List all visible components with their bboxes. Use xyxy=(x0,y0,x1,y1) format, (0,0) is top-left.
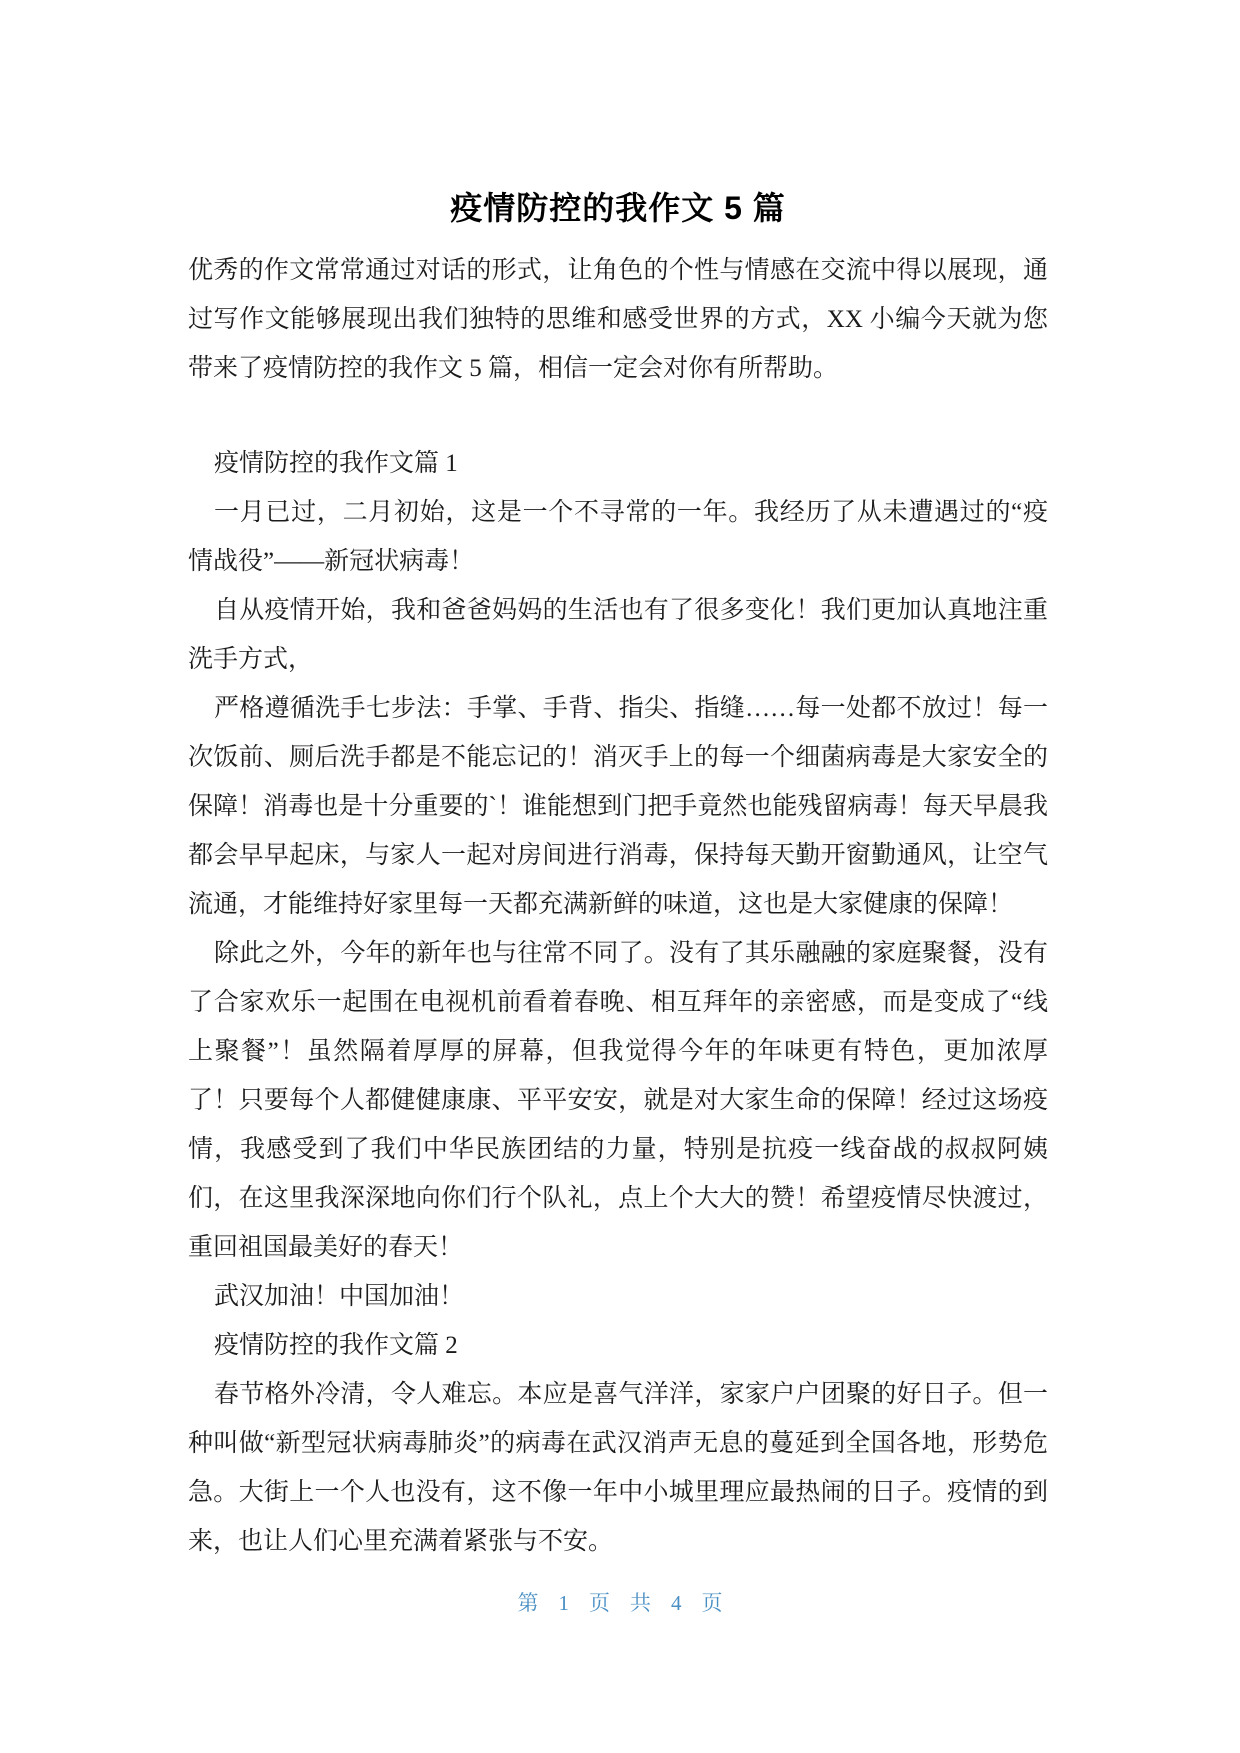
footer-page-label: 页 xyxy=(589,1591,610,1615)
footer-page-number: 1 xyxy=(559,1591,570,1615)
document-page: 疫情防控的我作文 5 篇 优秀的作文常常通过对话的形式，让角色的个性与情感在交流… xyxy=(0,0,1240,1753)
essay-1-paragraph-1: 一月已过，二月初始，这是一个不寻常的一年。我经历了从未遭遇过的“疫情战役”——新… xyxy=(188,488,1048,586)
footer-total-label: 页 xyxy=(702,1591,723,1615)
intro-paragraph: 优秀的作文常常通过对话的形式，让角色的个性与情感在交流中得以展现，通过写作文能够… xyxy=(188,246,1048,393)
essay-1-paragraph-5: 武汉加油！中国加油！ xyxy=(188,1272,1048,1321)
essay-1-paragraph-2: 自从疫情开始，我和爸爸妈妈的生活也有了很多变化！我们更加认真地注重洗手方式， xyxy=(188,586,1048,684)
document-content: 疫情防控的我作文 5 篇 优秀的作文常常通过对话的形式，让角色的个性与情感在交流… xyxy=(0,0,1240,1566)
essay-1-paragraph-4: 除此之外，今年的新年也与往常不同了。没有了其乐融融的家庭聚餐，没有了合家欢乐一起… xyxy=(188,929,1048,1272)
essay-1-heading: 疫情防控的我作文篇 1 xyxy=(188,439,1048,488)
essay-1-paragraph-3: 严格遵循洗手七步法：手掌、手背、指尖、指缝……每一处都不放过！每一次饭前、厕后洗… xyxy=(188,684,1048,929)
page-footer: 第1页共4页 xyxy=(0,1586,1240,1620)
footer-conjunction: 共 xyxy=(630,1591,651,1615)
footer-total-pages: 4 xyxy=(671,1591,682,1615)
document-title: 疫情防控的我作文 5 篇 xyxy=(188,186,1048,230)
footer-prefix: 第 xyxy=(518,1591,539,1615)
essay-2-heading: 疫情防控的我作文篇 2 xyxy=(188,1321,1048,1370)
essay-2-paragraph-1: 春节格外冷清，令人难忘。本应是喜气洋洋，家家户户团聚的好日子。但一种叫做“新型冠… xyxy=(188,1370,1048,1566)
